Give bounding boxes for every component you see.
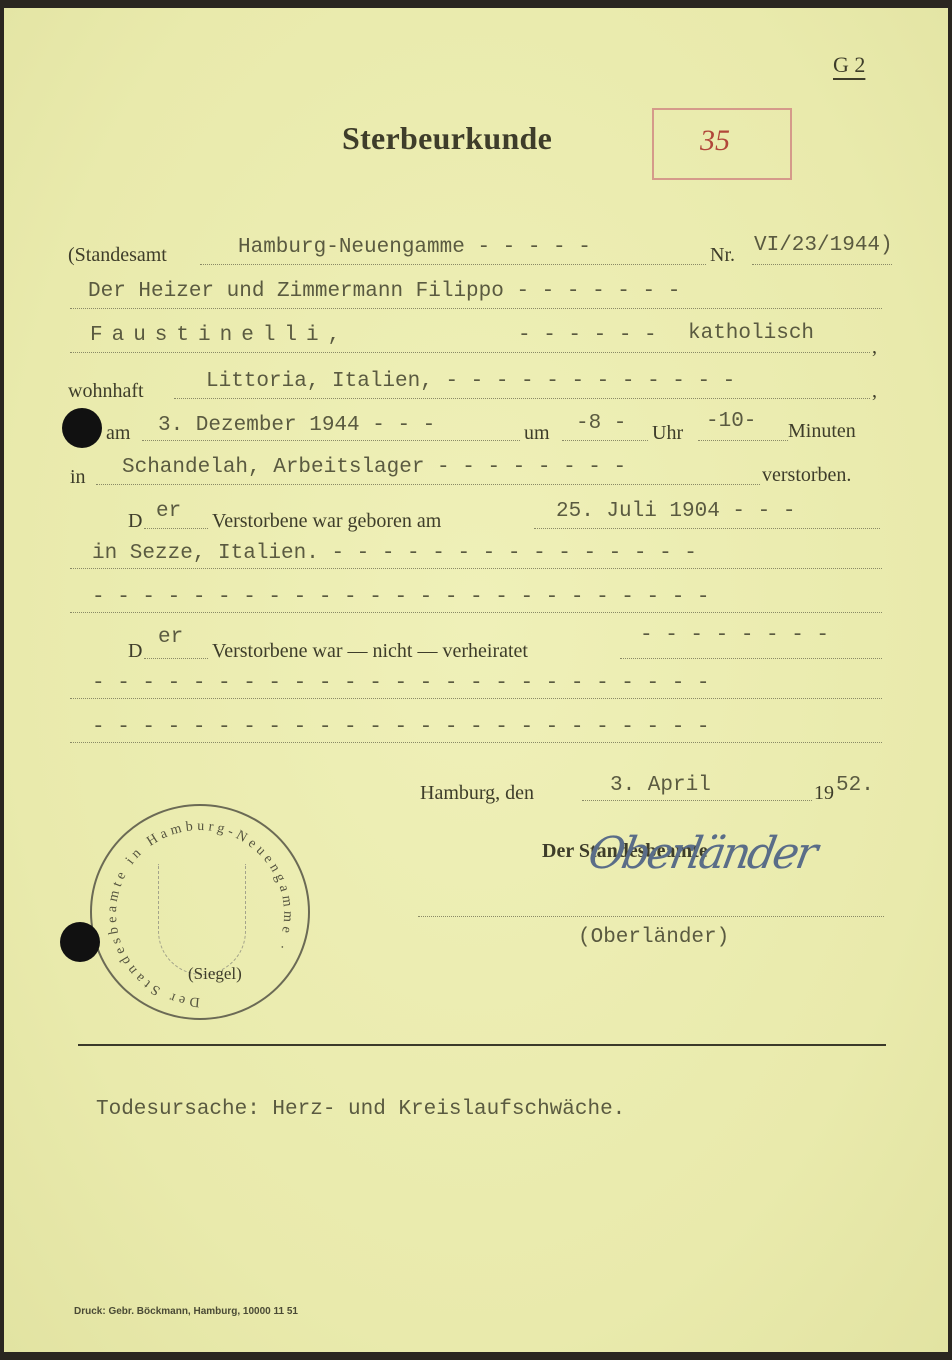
cause-of-death: Todesursache: Herz- und Kreislaufschwäch… (96, 1098, 625, 1121)
official-signature: Oberländer (585, 828, 819, 879)
surname: Faustinelli, (90, 324, 349, 347)
marital-d-suffix: er (158, 626, 183, 649)
marital-text: Verstorbene war — nicht — verheiratet (212, 640, 528, 663)
official-name: (Oberländer) (578, 926, 729, 949)
punch-hole (60, 922, 100, 962)
issue-year-prefix: 19 (814, 782, 834, 805)
seal-label: (Siegel) (188, 964, 242, 984)
certificate-page: G 2 Sterbeurkunde 35 (Standesamt Hamburg… (4, 8, 948, 1352)
punch-hole (62, 408, 102, 448)
birth-text: Verstorbene war geboren am (212, 510, 441, 533)
residence-value: Littoria, Italien, - - - - - - - - - - -… (206, 370, 735, 393)
registry-nr-label: Nr. (710, 244, 735, 267)
birth-date: 25. Juli 1904 - - - (556, 500, 795, 523)
separator-rule (78, 1044, 886, 1046)
registry-nr-value: VI/23/1944) (754, 234, 893, 257)
verstorben-label: verstorben. (762, 464, 851, 487)
occupation-name-line: Der Heizer und Zimmermann Filippo - - - … (88, 280, 680, 303)
death-minuten-label: Minuten (788, 420, 856, 443)
death-uhr-label: Uhr (652, 422, 683, 445)
death-place: Schandelah, Arbeitslager - - - - - - - - (122, 456, 626, 479)
death-in-label: in (70, 466, 86, 489)
issue-place-label: Hamburg, den (420, 782, 534, 805)
death-um-label: um (524, 422, 550, 445)
coat-of-arms-shield (158, 864, 246, 975)
death-hour: -8 - (576, 412, 626, 435)
official-seal: Der Standesbeamte in Hamburg-Neuengamme … (90, 804, 310, 1020)
marital-value: - - - - - - - - (640, 624, 829, 647)
death-am-label: am (106, 422, 130, 445)
issue-year-suffix: 52. (836, 774, 874, 797)
birth-blank-line: - - - - - - - - - - - - - - - - - - - - … (92, 586, 710, 609)
issue-date: 3. April (610, 774, 711, 797)
birth-place: in Sezze, Italien. - - - - - - - - - - -… (92, 542, 697, 565)
printer-line: Druck: Gebr. Böckmann, Hamburg, 10000 11… (74, 1306, 298, 1317)
document-title: Sterbeurkunde (342, 120, 552, 157)
marital-blank-line-1: - - - - - - - - - - - - - - - - - - - - … (92, 672, 710, 695)
certificate-number: 35 (700, 124, 730, 158)
death-minutes: -10- (706, 410, 756, 433)
marital-blank-line-2: - - - - - - - - - - - - - - - - - - - - … (92, 716, 710, 739)
religion: katholisch (688, 322, 814, 345)
registry-value: Hamburg-Neuengamme - - - - - (238, 236, 591, 259)
birth-d-suffix: er (156, 500, 181, 523)
marital-d-label: D (128, 640, 142, 663)
surname-fill: - - - - - - (518, 324, 657, 347)
form-code: G 2 (833, 52, 865, 78)
registry-label: (Standesamt (68, 244, 167, 267)
birth-d-label: D (128, 510, 142, 533)
residence-label: wohnhaft (68, 380, 144, 403)
certificate-number-box: 35 (652, 108, 792, 180)
death-date: 3. Dezember 1944 - - - (158, 414, 435, 437)
